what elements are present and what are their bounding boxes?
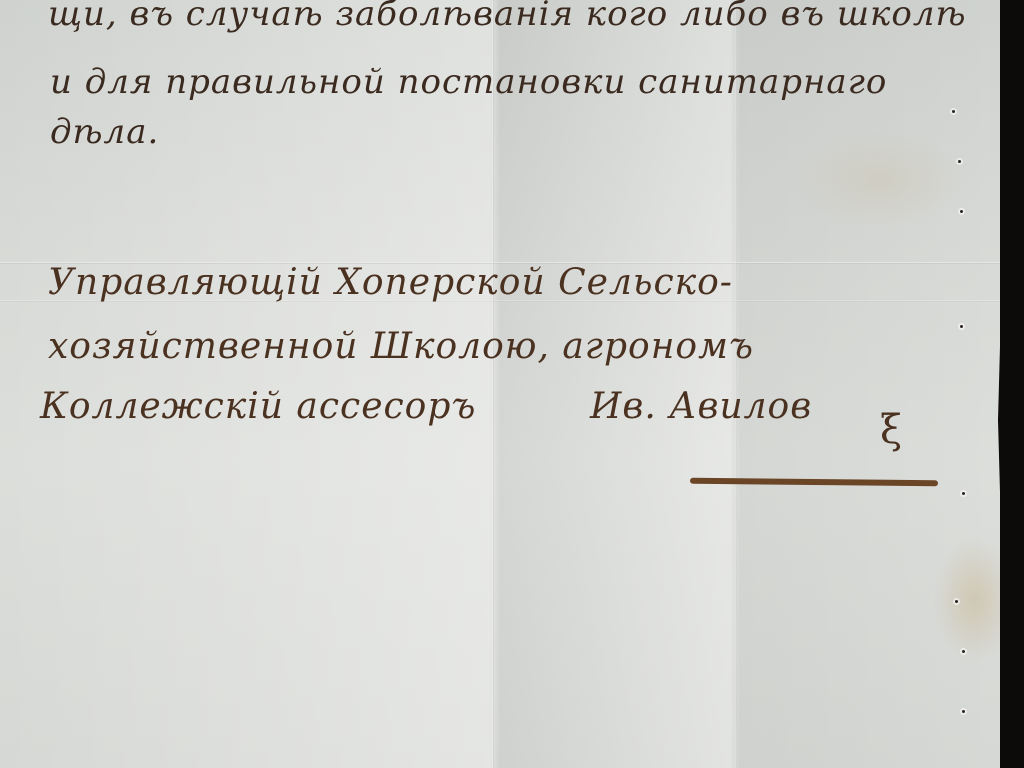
pinhole <box>955 600 958 603</box>
signatory-title-line-1: Управляющій Хоперской Сельско- <box>48 262 733 303</box>
signatory-title-line-2: хозяйственной Школою, агрономъ <box>48 326 754 367</box>
text-line-1: щи, въ случаѣ заболѣванія кого либо въ ш… <box>48 0 966 34</box>
document-page: щи, въ случаѣ заболѣванія кого либо въ ш… <box>0 0 1000 768</box>
signature-flourish: ξ <box>880 420 920 480</box>
text-line-2: и для правильной постановки санитарнаго <box>50 62 887 102</box>
signature: Ив. Авилов <box>590 386 812 427</box>
pinhole <box>960 210 963 213</box>
paper-crease-vertical <box>735 0 737 768</box>
text-line-3: дѣла. <box>50 112 159 152</box>
paper-fold-vertical <box>492 0 494 768</box>
pinhole <box>958 160 961 163</box>
signature-underline <box>690 478 938 487</box>
pinhole <box>962 710 965 713</box>
pinhole <box>962 650 965 653</box>
pinhole <box>952 110 955 113</box>
pinhole <box>962 492 965 495</box>
signatory-rank: Коллежскій ассесоръ <box>40 386 476 427</box>
pinhole <box>960 325 963 328</box>
